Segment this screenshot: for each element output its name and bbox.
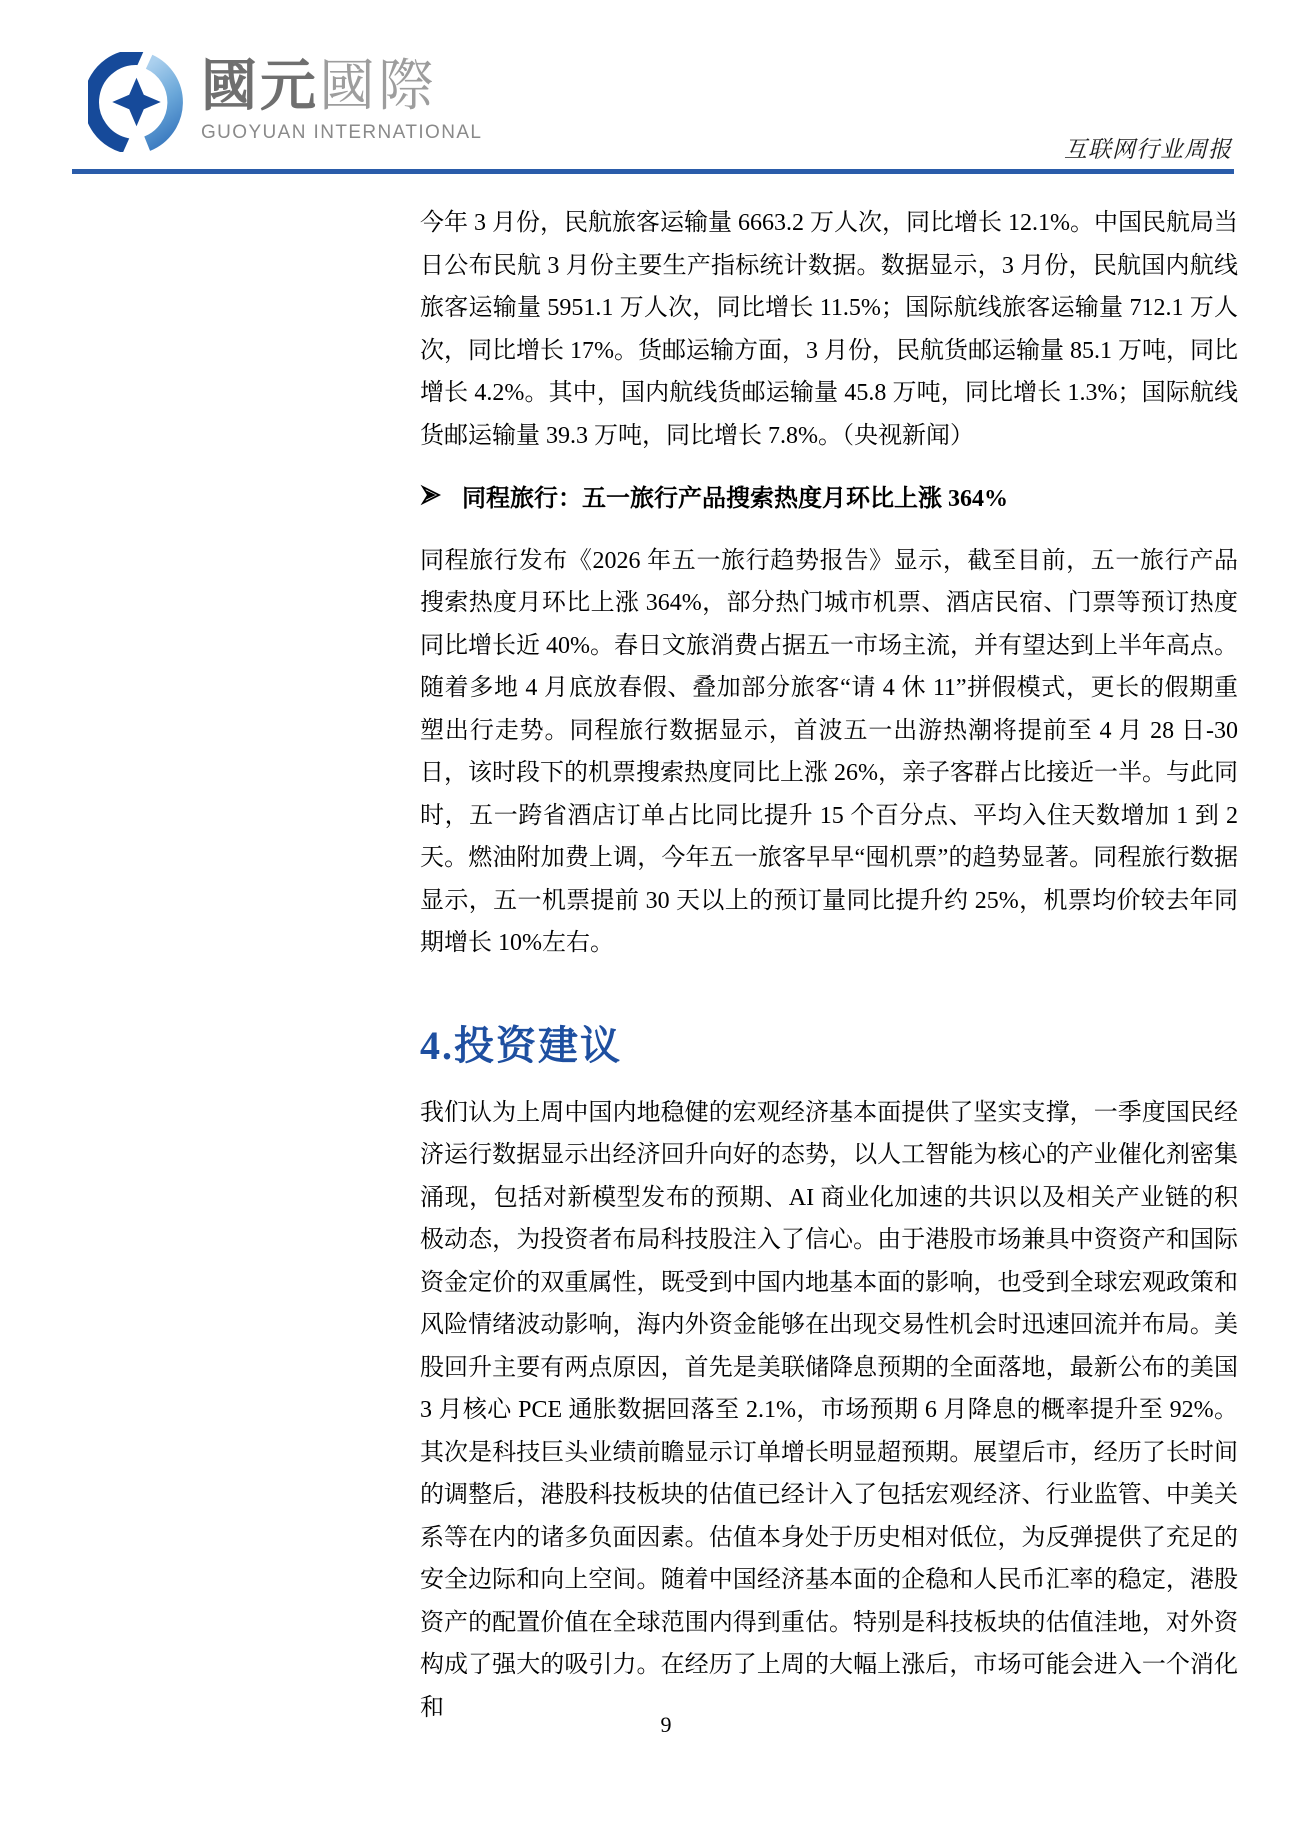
- header-divider: [72, 169, 1234, 174]
- bullet-heading-text: 同程旅行：五一旅行产品搜索热度月环比上涨 364%: [462, 478, 1008, 513]
- report-type-label: 互联网行业周报: [1064, 131, 1232, 164]
- right-arrowhead-icon: [420, 484, 442, 506]
- paragraph-aviation-stats: 今年 3 月份，民航旅客运输量 6663.2 万人次，同比增长 12.1%。中国…: [420, 202, 1238, 457]
- company-logo-text: 國元國際 GUOYUAN INTERNATIONAL: [201, 52, 482, 144]
- page-number: 9: [0, 1712, 1306, 1738]
- bullet-heading-tongcheng: 同程旅行：五一旅行产品搜索热度月环比上涨 364%: [420, 474, 1238, 517]
- report-body: 今年 3 月份，民航旅客运输量 6663.2 万人次，同比增长 12.1%。中国…: [420, 202, 1238, 1729]
- section-heading-investment-advice: 4.投资建议: [420, 1019, 1238, 1073]
- company-logo: 國元國際 GUOYUAN INTERNATIONAL: [88, 52, 482, 152]
- company-name-cn-primary: 國元: [201, 56, 319, 118]
- paragraph-tongcheng-travel: 同程旅行发布《2026 年五一旅行趋势报告》显示，截至目前，五一旅行产品搜索热度…: [420, 540, 1238, 965]
- company-name-chinese: 國元國際: [201, 58, 482, 117]
- paragraph-investment-advice: 我们认为上周中国内地稳健的宏观经济基本面提供了坚实支撑，一季度国民经济运行数据显…: [420, 1092, 1238, 1730]
- company-name-english: GUOYUAN INTERNATIONAL: [201, 122, 482, 144]
- company-logo-icon: [88, 52, 185, 152]
- report-page: 國元國際 GUOYUAN INTERNATIONAL 互联网行业周报 今年 3 …: [0, 0, 1306, 1847]
- company-name-cn-secondary: 國際: [319, 56, 437, 118]
